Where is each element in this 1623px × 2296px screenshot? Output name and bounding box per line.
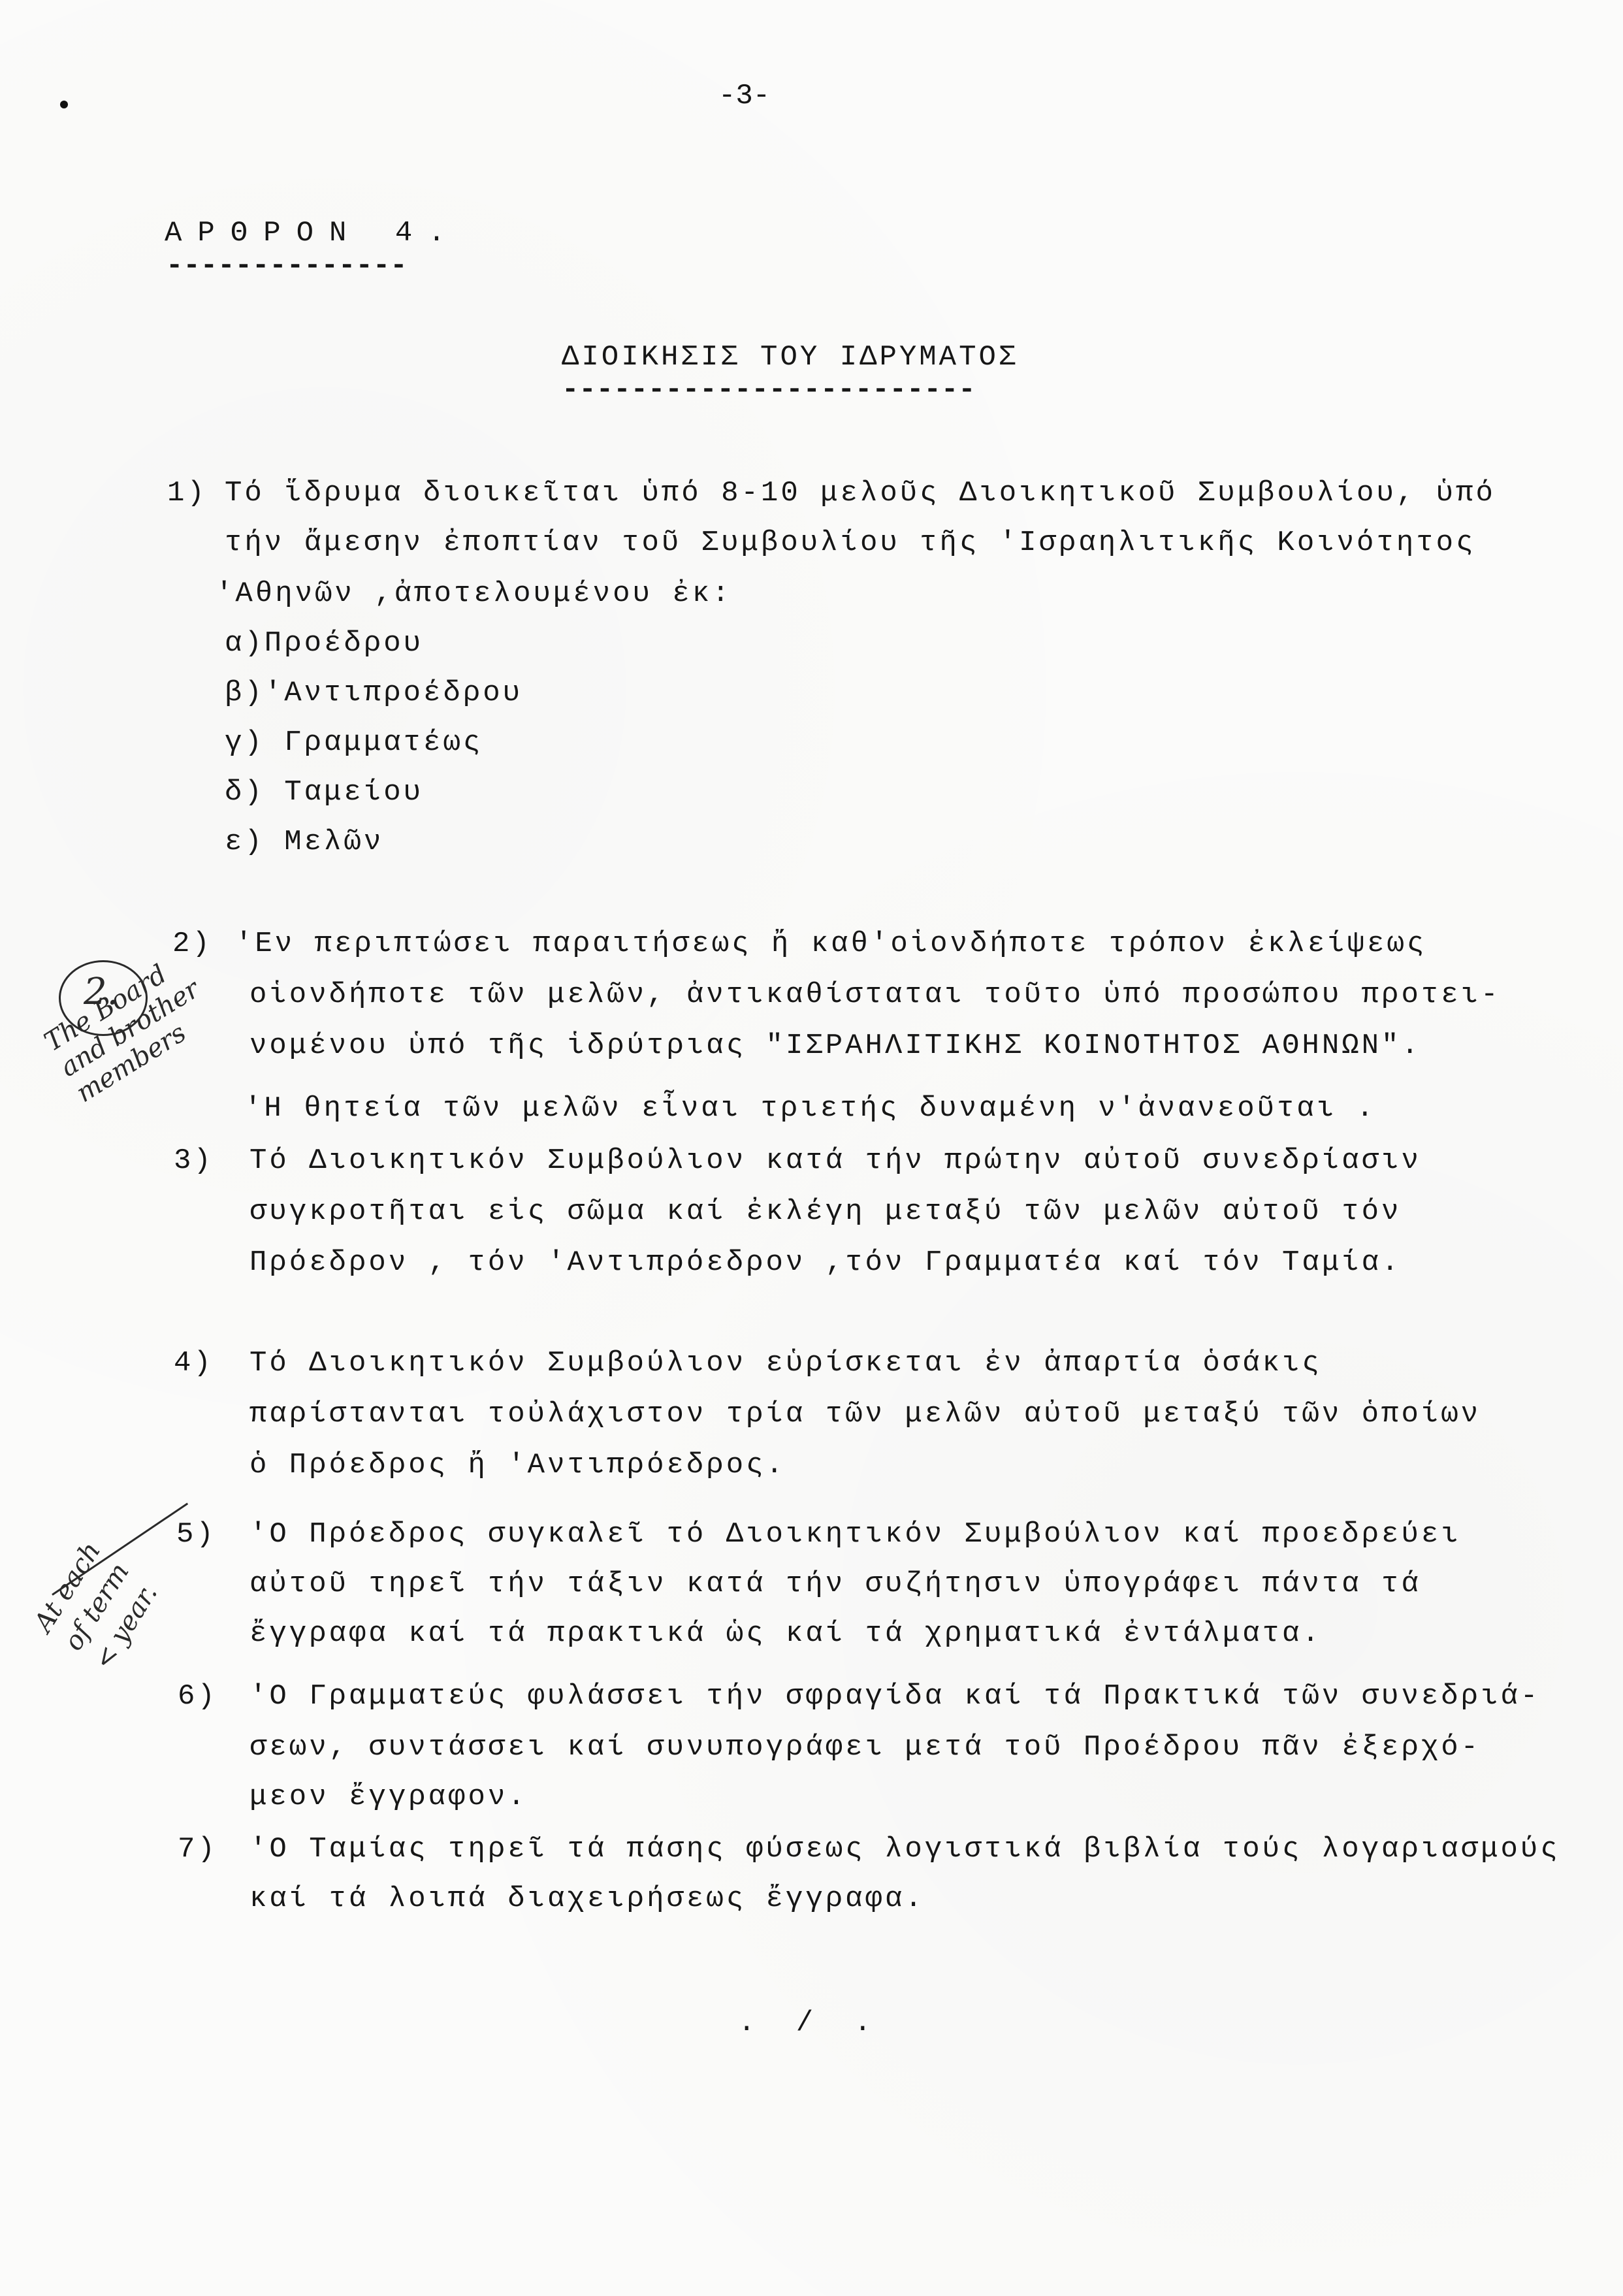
- article-title: ΑΡΘΡΟΝ 4.: [165, 217, 461, 250]
- section-number: 6): [178, 1680, 217, 1713]
- ink-speck: [60, 101, 68, 108]
- section-line: Τό Διοικητικόν Συμβούλιον εὑρίσκεται ἐν …: [249, 1347, 1322, 1380]
- scanned-page: -3- ΑΡΘΡΟΝ 4. -------------- ΔΙΟΙΚΗΣΙΣ Τ…: [0, 0, 1623, 2296]
- section-line: σεων, συντάσσει καί συνυπογράφει μετά το…: [249, 1731, 1481, 1764]
- section-line: οἱονδήποτε τῶν μελῶν, ἀντικαθίσταται τοῦ…: [249, 978, 1500, 1011]
- handwritten-note: At each of term < year.: [26, 1536, 169, 1676]
- section-line: 'Ο Γραμματεύς φυλάσσει τήν σφραγίδα καί …: [249, 1680, 1540, 1713]
- section-number: 1): [167, 477, 207, 509]
- section-extra-line: 'Η θητεία τῶν μελῶν εἶναι τριετής δυναμέ…: [244, 1092, 1376, 1125]
- heading-underline: ------------------------: [562, 374, 976, 406]
- article-underline: --------------: [166, 250, 408, 282]
- section-line: μεον ἔγγραφον.: [249, 1781, 528, 1813]
- section-line: Τό Διοικητικόν Συμβούλιον κατά τήν πρώτη…: [249, 1144, 1421, 1177]
- list-item: γ) Γραμματέως: [225, 726, 483, 759]
- section-number: 5): [176, 1518, 216, 1551]
- section-line: νομένου ὑπό τῆς ἱδρύτριας "ΙΣΡΑΗΛΙΤΙΚΗΣ …: [249, 1029, 1421, 1062]
- section-line: Πρόεδρον , τόν 'Αντιπρόεδρον ,τόν Γραμμα…: [249, 1246, 1401, 1279]
- section-line: συγκροτῆται εἰς σῶμα καί ἐκλέγη μεταξύ τ…: [249, 1195, 1401, 1228]
- section-line: τήν ἄμεσην ἐποπτίαν τοῦ Συμβουλίου τῆς '…: [225, 526, 1475, 559]
- section-number: 2): [172, 928, 212, 960]
- section-line: παρίστανται τοὐλάχιστον τρία τῶν μελῶν α…: [249, 1398, 1481, 1431]
- section-line: καί τά λοιπά διαχειρήσεως ἔγγραφα.: [249, 1883, 925, 1915]
- section-number: 7): [178, 1833, 217, 1866]
- section-line: ὁ Πρόεδρος ἤ 'Αντιπρόεδρος.: [249, 1449, 786, 1481]
- section-number: 3): [174, 1144, 214, 1177]
- section-line: Τό ἵδρυμα διοικεῖται ὑπό 8-10 μελοῦς Διο…: [225, 477, 1496, 509]
- section-line: αὐτοῦ τηρεῖ τήν τάξιν κατά τήν συζήτησιν…: [249, 1568, 1421, 1600]
- list-item: δ) Ταμείου: [225, 776, 423, 809]
- list-item: ε) Μελῶν: [225, 826, 383, 858]
- list-item: β)'Αντιπροέδρου: [225, 677, 522, 709]
- section-line: 'Ο Ταμίας τηρεῖ τά πάσης φύσεως λογιστικ…: [249, 1833, 1560, 1866]
- page-number: -3-: [718, 80, 770, 112]
- section-line: 'Αθηνῶν ,ἀποτελουμένου ἐκ:: [216, 577, 732, 610]
- list-item: α)Προέδρου: [225, 627, 423, 660]
- section-heading: ΔΙΟΙΚΗΣΙΣ ΤΟΥ ΙΔΡΥΜΑΤΟΣ: [562, 341, 1018, 374]
- section-line: 'Ο Πρόεδρος συγκαλεῖ τό Διοικητικόν Συμβ…: [249, 1518, 1461, 1551]
- section-line: 'Εν περιπτώσει παραιτήσεως ἤ καθ'οἱονδήπ…: [235, 928, 1426, 960]
- section-line: ἔγγραφα καί τά πρακτικά ὡς καί τά χρηματ…: [249, 1617, 1322, 1650]
- section-number: 4): [174, 1347, 214, 1380]
- continuation-mark: . / .: [738, 2007, 883, 2039]
